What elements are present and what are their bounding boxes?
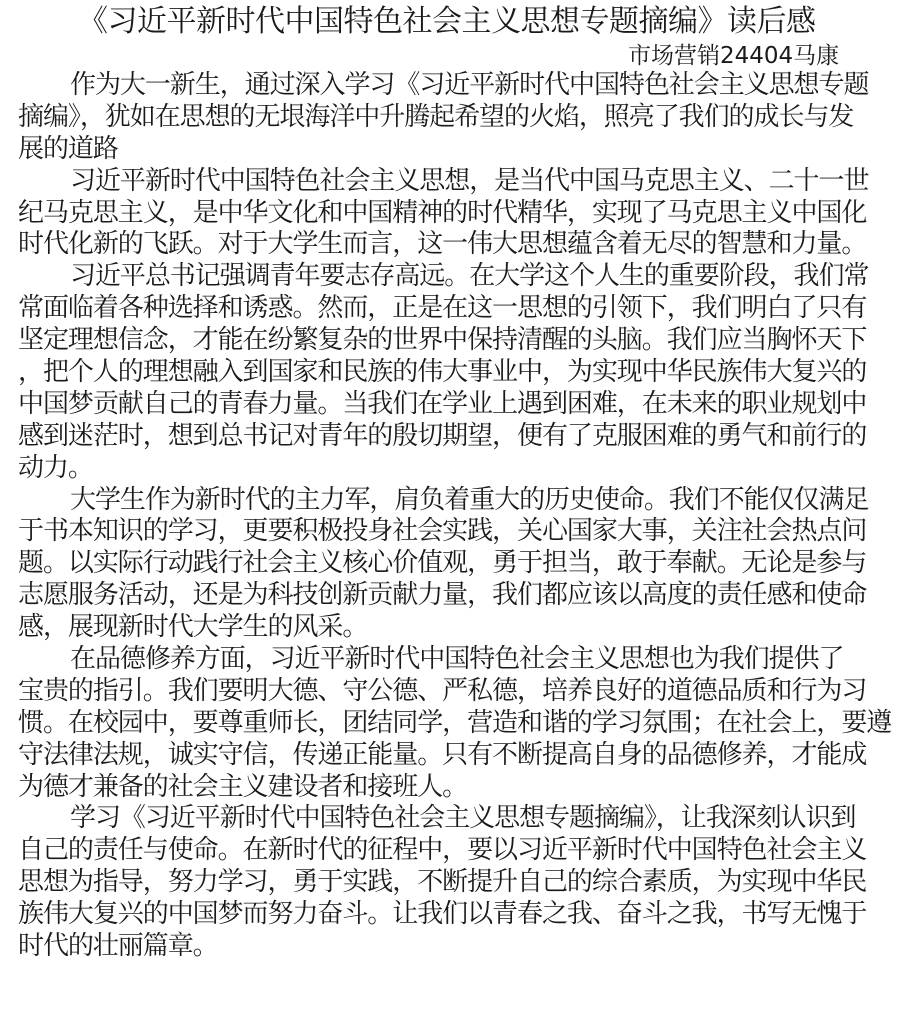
- text-line: 于书本知识的学习，更要积极投身社会实践，关心国家大事，关注社会热点问: [18, 516, 913, 548]
- paragraph-2: 习近平新时代中国特色社会主义思想，是当代中国马克思主义、二十一世 纪马克思主义，…: [18, 166, 913, 262]
- text-line: 纪马克思主义，是中华文化和中国精神的时代精华，实现了马克思主义中国化: [18, 198, 913, 230]
- text-line: 思想为指导，努力学习，勇于实践，不断提升自己的综合素质，为实现中华民: [18, 867, 913, 899]
- text-line: 作为大一新生，通过深入学习《习近平新时代中国特色社会主义思想专题: [18, 70, 913, 102]
- text-line: 摘编》，犹如在思想的无垠海洋中升腾起希望的火焰，照亮了我们的成长与发: [18, 102, 913, 134]
- text-line: 族伟大复兴的中国梦而努力奋斗。让我们以青春之我、奋斗之我，书写无愧于: [18, 899, 913, 931]
- text-line: 习近平新时代中国特色社会主义思想，是当代中国马克思主义、二十一世: [18, 166, 913, 198]
- paragraph-3: 习近平总书记强调青年要志存高远。在大学这个人生的重要阶段，我们常 常面临着各种选…: [18, 261, 913, 484]
- paragraph-6: 学习《习近平新时代中国特色社会主义思想专题摘编》，让我深刻认识到 自己的责任与使…: [18, 803, 913, 962]
- text-line: 习近平总书记强调青年要志存高远。在大学这个人生的重要阶段，我们常: [18, 261, 913, 293]
- paragraph-5: 在品德修养方面，习近平新时代中国特色社会主义思想也为我们提供了 宝贵的指引。我们…: [18, 644, 913, 803]
- paragraph-4: 大学生作为新时代的主力军，肩负着重大的历史使命。我们不能仅仅满足 于书本知识的学…: [18, 485, 913, 644]
- text-line: 感到迷茫时，想到总书记对青年的殷切期望，便有了克服困难的勇气和前行的: [18, 421, 913, 453]
- text-line: 自己的责任与使命。在新时代的征程中，要以习近平新时代中国特色社会主义: [18, 835, 913, 867]
- text-line: 题。以实际行动践行社会主义核心价值观，勇于担当，敢于奉献。无论是参与: [18, 548, 913, 580]
- text-line: 在品德修养方面，习近平新时代中国特色社会主义思想也为我们提供了: [18, 644, 913, 676]
- text-line: 惯。在校园中，要尊重师长，团结同学，营造和谐的学习氛围；在社会上，要遵: [18, 708, 913, 740]
- text-line: 大学生作为新时代的主力军，肩负着重大的历史使命。我们不能仅仅满足: [18, 485, 913, 517]
- text-line: 时代的壮丽篇章。: [18, 931, 913, 963]
- text-line: 动力。: [18, 453, 913, 485]
- text-line: 感，展现新时代大学生的风采。: [18, 612, 913, 644]
- author-byline: 市场营销24404马康: [628, 40, 839, 72]
- text-line: 守法律法规，诚实守信，传递正能量。只有不断提高自身的品德修养，才能成: [18, 740, 913, 772]
- text-line: 志愿服务活动，还是为科技创新贡献力量，我们都应该以高度的责任感和使命: [18, 580, 913, 612]
- paragraph-1: 作为大一新生，通过深入学习《习近平新时代中国特色社会主义思想专题 摘编》，犹如在…: [18, 70, 913, 166]
- text-line: 时代化新的飞跃。对于大学生而言，这一伟大思想蕴含着无尽的智慧和力量。: [18, 229, 913, 261]
- text-line: 宝贵的指引。我们要明大德、守公德、严私德，培养良好的道德品质和行为习: [18, 676, 913, 708]
- text-line: 坚定理想信念，才能在纷繁复杂的世界中保持清醒的头脑。我们应当胸怀天下: [18, 325, 913, 357]
- document-title: 《习近平新时代中国特色社会主义思想专题摘编》读后感: [78, 4, 918, 40]
- text-line: 学习《习近平新时代中国特色社会主义思想专题摘编》，让我深刻认识到: [18, 803, 913, 835]
- document-body: 作为大一新生，通过深入学习《习近平新时代中国特色社会主义思想专题 摘编》，犹如在…: [18, 70, 913, 963]
- text-line: 展的道路: [18, 134, 913, 166]
- text-line: 中国梦贡献自己的青春力量。当我们在学业上遇到困难，在未来的职业规划中: [18, 389, 913, 421]
- text-line: 为德才兼备的社会主义建设者和接班人。: [18, 772, 913, 804]
- text-line: 常面临着各种选择和诱惑。然而，正是在这一思想的引领下，我们明白了只有: [18, 293, 913, 325]
- text-line: ，把个人的理想融入到国家和民族的伟大事业中，为实现中华民族伟大复兴的: [18, 357, 913, 389]
